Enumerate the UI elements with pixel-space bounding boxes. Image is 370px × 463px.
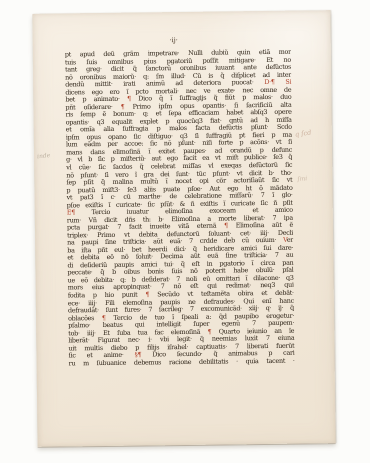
- margin-note-right-lower: ſmi: [297, 175, 307, 183]
- folio-number: ·ij·: [25, 34, 323, 46]
- margin-note-left: inde: [37, 152, 51, 160]
- margin-note-right-upper: q ſcd: [294, 128, 311, 138]
- text-line: ru m ſubuanice debemus racione debilitat…: [69, 357, 295, 367]
- photo-canvas: ·ij· pt apud deũ grãm impetrare· Nulli d…: [0, 0, 370, 463]
- text-block: pt apud deũ grãm impetrare· Nulli dubiũ …: [65, 49, 295, 368]
- book-page: ·ij· pt apud deũ grãm impetrare· Nulli d…: [32, 10, 335, 447]
